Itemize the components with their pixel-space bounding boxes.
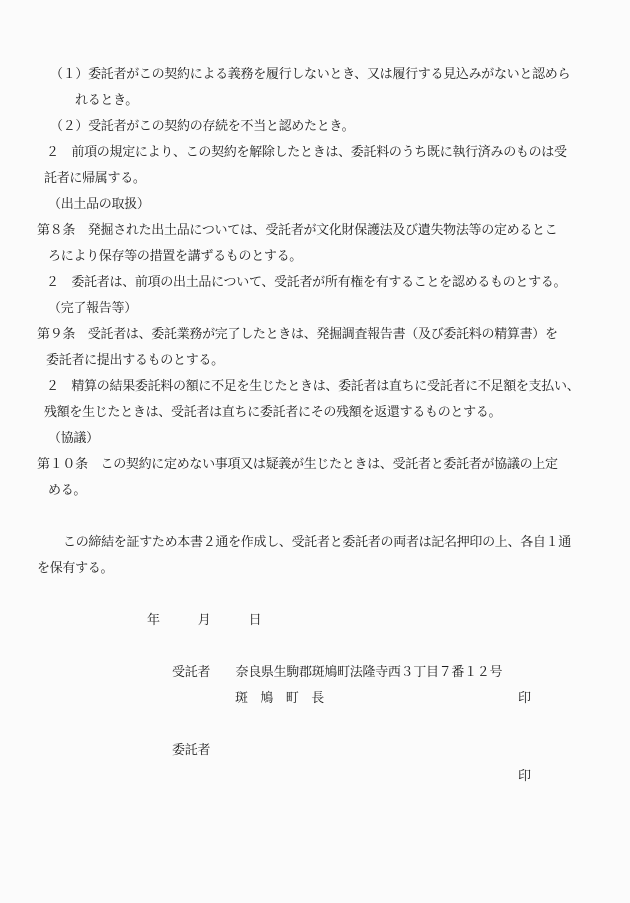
line-text: 受託者 奈良県生駒郡斑鳩町法隆寺西３丁目７番１２号 [172,664,502,679]
article-9: 第９条 受託者は、委託業務が完了したときは、発掘調査報告書（及び委託料の精算書）… [0,321,630,347]
closing-statement: この締結を証すため本書２通を作成し、受託者と委託者の両者は記名押印の上、各自１通 [0,529,630,555]
line-text: を保有する。 [37,560,113,575]
inkan-seal-mark: 印 [518,763,531,789]
contract-document-page: （１）委託者がこの契約による義務を履行しないとき、又は履行する見込みがないと認め… [0,0,630,903]
line-text: （協議） [48,430,99,445]
jutakusha-signature-line: 斑 鳩 町 長印 [0,685,630,711]
article-8-paragraph-2: ２ 委託者は、前項の出土品について、受託者が所有権を有することを認めるものとする… [0,269,630,295]
line-text: （２）受託者がこの契約の存続を不当と認めたとき。 [50,118,354,133]
line-text: 第８条 発掘された出土品については、受託者が文化財保護法及び遺失物法等の定めると… [37,222,557,237]
line-text: 斑 鳩 町 長 [235,690,324,705]
line-text: 第１０条 この契約に定めない事項又は疑義が生じたときは、受託者と委託者が協議の上… [37,456,558,471]
article-9-para-2-cont: 残額を生じたときは、受託者は直ちに委託者にその残額を返還するものとする。 [0,399,630,425]
line-text: 残額を生じたときは、受託者は直ちに委託者にその残額を返還するものとする。 [44,404,501,419]
heading-shutsudohin: （出土品の取扱） [0,191,630,217]
line-text: ２ 委託者は、前項の出土品について、受託者が所有権を有することを認めるものとする… [46,274,566,289]
clause-item-2: （２）受託者がこの契約の存続を不当と認めたとき。 [0,113,630,139]
article-8-cont: ろにより保存等の措置を講ずるものとする。 [0,243,630,269]
closing-statement-cont: を保有する。 [0,555,630,581]
line-text: ろにより保存等の措置を講ずるものとする。 [48,248,302,263]
itakusha-label-line: 委託者 [0,737,630,763]
blank-line [0,711,630,737]
paragraph-2: ２ 前項の規定により、この契約を解除したときは、委託料のうち既に執行済みのものは… [0,139,630,165]
paragraph-2-cont: 託者に帰属する。 [0,165,630,191]
heading-kyogi: （協議） [0,425,630,451]
blank-line [0,503,630,529]
line-text: 委託者 [172,742,210,757]
line-text: 年 月 日 [147,612,261,627]
heading-kanryo-hokoku: （完了報告等） [0,295,630,321]
line-text: ２ 精算の結果委託料の額に不足を生じたときは、委託者は直ちに受託者に不足額を支払… [46,378,579,393]
line-text: 委託者に提出するものとする。 [46,352,224,367]
article-10: 第１０条 この契約に定めない事項又は疑義が生じたときは、受託者と委託者が協議の上… [0,451,630,477]
date-line: 年 月 日 [0,607,630,633]
line-text: （１）委託者がこの契約による義務を履行しないとき、又は履行する見込みがないと認め… [50,66,570,81]
itakusha-seal-line: 印 [0,763,630,789]
line-text: 第９条 受託者は、委託業務が完了したときは、発掘調査報告書（及び委託料の精算書）… [37,326,558,341]
line-text: この締結を証すため本書２通を作成し、受託者と委託者の両者は記名押印の上、各自１通 [63,534,571,549]
article-10-cont: める。 [0,477,630,503]
line-text: れるとき。 [75,92,138,107]
document-body: （１）委託者がこの契約による義務を履行しないとき、又は履行する見込みがないと認め… [0,61,630,789]
clause-item-1: （１）委託者がこの契約による義務を履行しないとき、又は履行する見込みがないと認め… [0,61,630,87]
blank-line [0,633,630,659]
inkan-seal-mark: 印 [518,685,531,711]
article-9-paragraph-2: ２ 精算の結果委託料の額に不足を生じたときは、委託者は直ちに受託者に不足額を支払… [0,373,630,399]
line-text: ２ 前項の規定により、この契約を解除したときは、委託料のうち既に執行済みのものは… [46,144,567,159]
blank-line [0,581,630,607]
article-9-cont: 委託者に提出するものとする。 [0,347,630,373]
jutakusha-address-line: 受託者 奈良県生駒郡斑鳩町法隆寺西３丁目７番１２号 [0,659,630,685]
line-text: める。 [48,482,86,497]
article-8: 第８条 発掘された出土品については、受託者が文化財保護法及び遺失物法等の定めると… [0,217,630,243]
clause-item-1-cont: れるとき。 [0,87,630,113]
line-text: 託者に帰属する。 [44,170,146,185]
line-text: （完了報告等） [48,300,137,315]
line-text: （出土品の取扱） [48,196,150,211]
